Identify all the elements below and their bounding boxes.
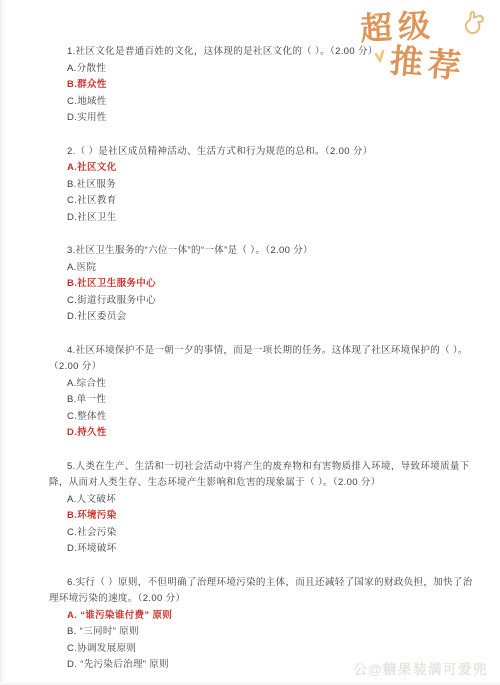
option-b: B.环境污染 bbox=[49, 508, 475, 525]
watermark-logo-icon: 公 bbox=[353, 662, 368, 677]
question-block-1: 1.社区文化是普通百姓的文化，这体现的是社区文化的（ ）。（2.00 分） A.… bbox=[49, 44, 475, 127]
option-b: B. “三同时” 原则 bbox=[49, 624, 475, 641]
question-text: 1.社区文化是普通百姓的文化，这体现的是社区文化的（ ）。（2.00 分） bbox=[49, 44, 475, 61]
question-text: 3.社区卫生服务的“六位一体”的“一体”是（ ）。（2.00 分） bbox=[49, 243, 475, 260]
option-a: A.综合性 bbox=[49, 376, 475, 393]
option-a: A.人文破坏 bbox=[49, 492, 475, 509]
watermark-text: @糖果装满可爱兜 bbox=[368, 662, 488, 677]
question-block-5: 5.人类在生产、生活和一切社会活动中将产生的废弃物和有害物质排入环境，导致环境质… bbox=[49, 459, 475, 558]
option-d: D.持久性 bbox=[49, 425, 475, 442]
option-c: C.社区教育 bbox=[49, 193, 475, 210]
option-c: C.街道行政服务中心 bbox=[49, 293, 475, 310]
option-a: A. “谁污染谁付费” 原则 bbox=[49, 608, 475, 625]
option-d: D.环境破坏 bbox=[49, 541, 475, 558]
question-block-2: 2.（ ）是社区成员精神活动、生活方式和行为规范的总和。（2.00 分） A.社… bbox=[49, 144, 475, 227]
option-c: C.协调发展原则 bbox=[49, 641, 475, 658]
option-b: B.社区服务 bbox=[49, 177, 475, 194]
option-b: B.单一性 bbox=[49, 392, 475, 409]
page-left-edge bbox=[0, 0, 6, 685]
question-text: 6.实行（ ）原则，不但明确了治理环境污染的主体，而且还减轻了国家的财政负担，加… bbox=[49, 575, 475, 608]
option-a: A.分散性 bbox=[49, 61, 475, 78]
option-a: A.社区文化 bbox=[49, 160, 475, 177]
option-b: B.群众性 bbox=[49, 77, 475, 94]
watermark: 公@糖果装满可爱兜 bbox=[353, 658, 488, 678]
question-text: 5.人类在生产、生活和一切社会活动中将产生的废弃物和有害物质排入环境，导致环境质… bbox=[49, 459, 475, 492]
option-c: C.社会污染 bbox=[49, 525, 475, 542]
question-list: 1.社区文化是普通百姓的文化，这体现的是社区文化的（ ）。（2.00 分） A.… bbox=[49, 44, 475, 685]
option-c: C.整体性 bbox=[49, 409, 475, 426]
option-d: D.社区卫生 bbox=[49, 210, 475, 227]
option-c: C.地域性 bbox=[49, 94, 475, 111]
exam-document-page: 1.社区文化是普通百姓的文化，这体现的是社区文化的（ ）。（2.00 分） A.… bbox=[0, 0, 500, 685]
option-a: A.医院 bbox=[49, 260, 475, 277]
question-block-4: 4.社区环境保护不是一朝一夕的事情，而是一项长期的任务。这体现了社区环境保护的（… bbox=[49, 343, 475, 442]
thumbs-up-icon bbox=[460, 8, 490, 43]
question-block-3: 3.社区卫生服务的“六位一体”的“一体”是（ ）。（2.00 分） A.医院 B… bbox=[49, 243, 475, 326]
question-text: 4.社区环境保护不是一朝一夕的事情，而是一项长期的任务。这体现了社区环境保护的（… bbox=[49, 343, 475, 376]
question-text: 2.（ ）是社区成员精神活动、生活方式和行为规范的总和。（2.00 分） bbox=[49, 144, 475, 161]
option-d: D.实用性 bbox=[49, 110, 475, 127]
handwritten-text-line1: 超级 bbox=[359, 0, 437, 50]
option-b: B.社区卫生服务中心 bbox=[49, 276, 475, 293]
option-d: D.社区委员会 bbox=[49, 309, 475, 326]
